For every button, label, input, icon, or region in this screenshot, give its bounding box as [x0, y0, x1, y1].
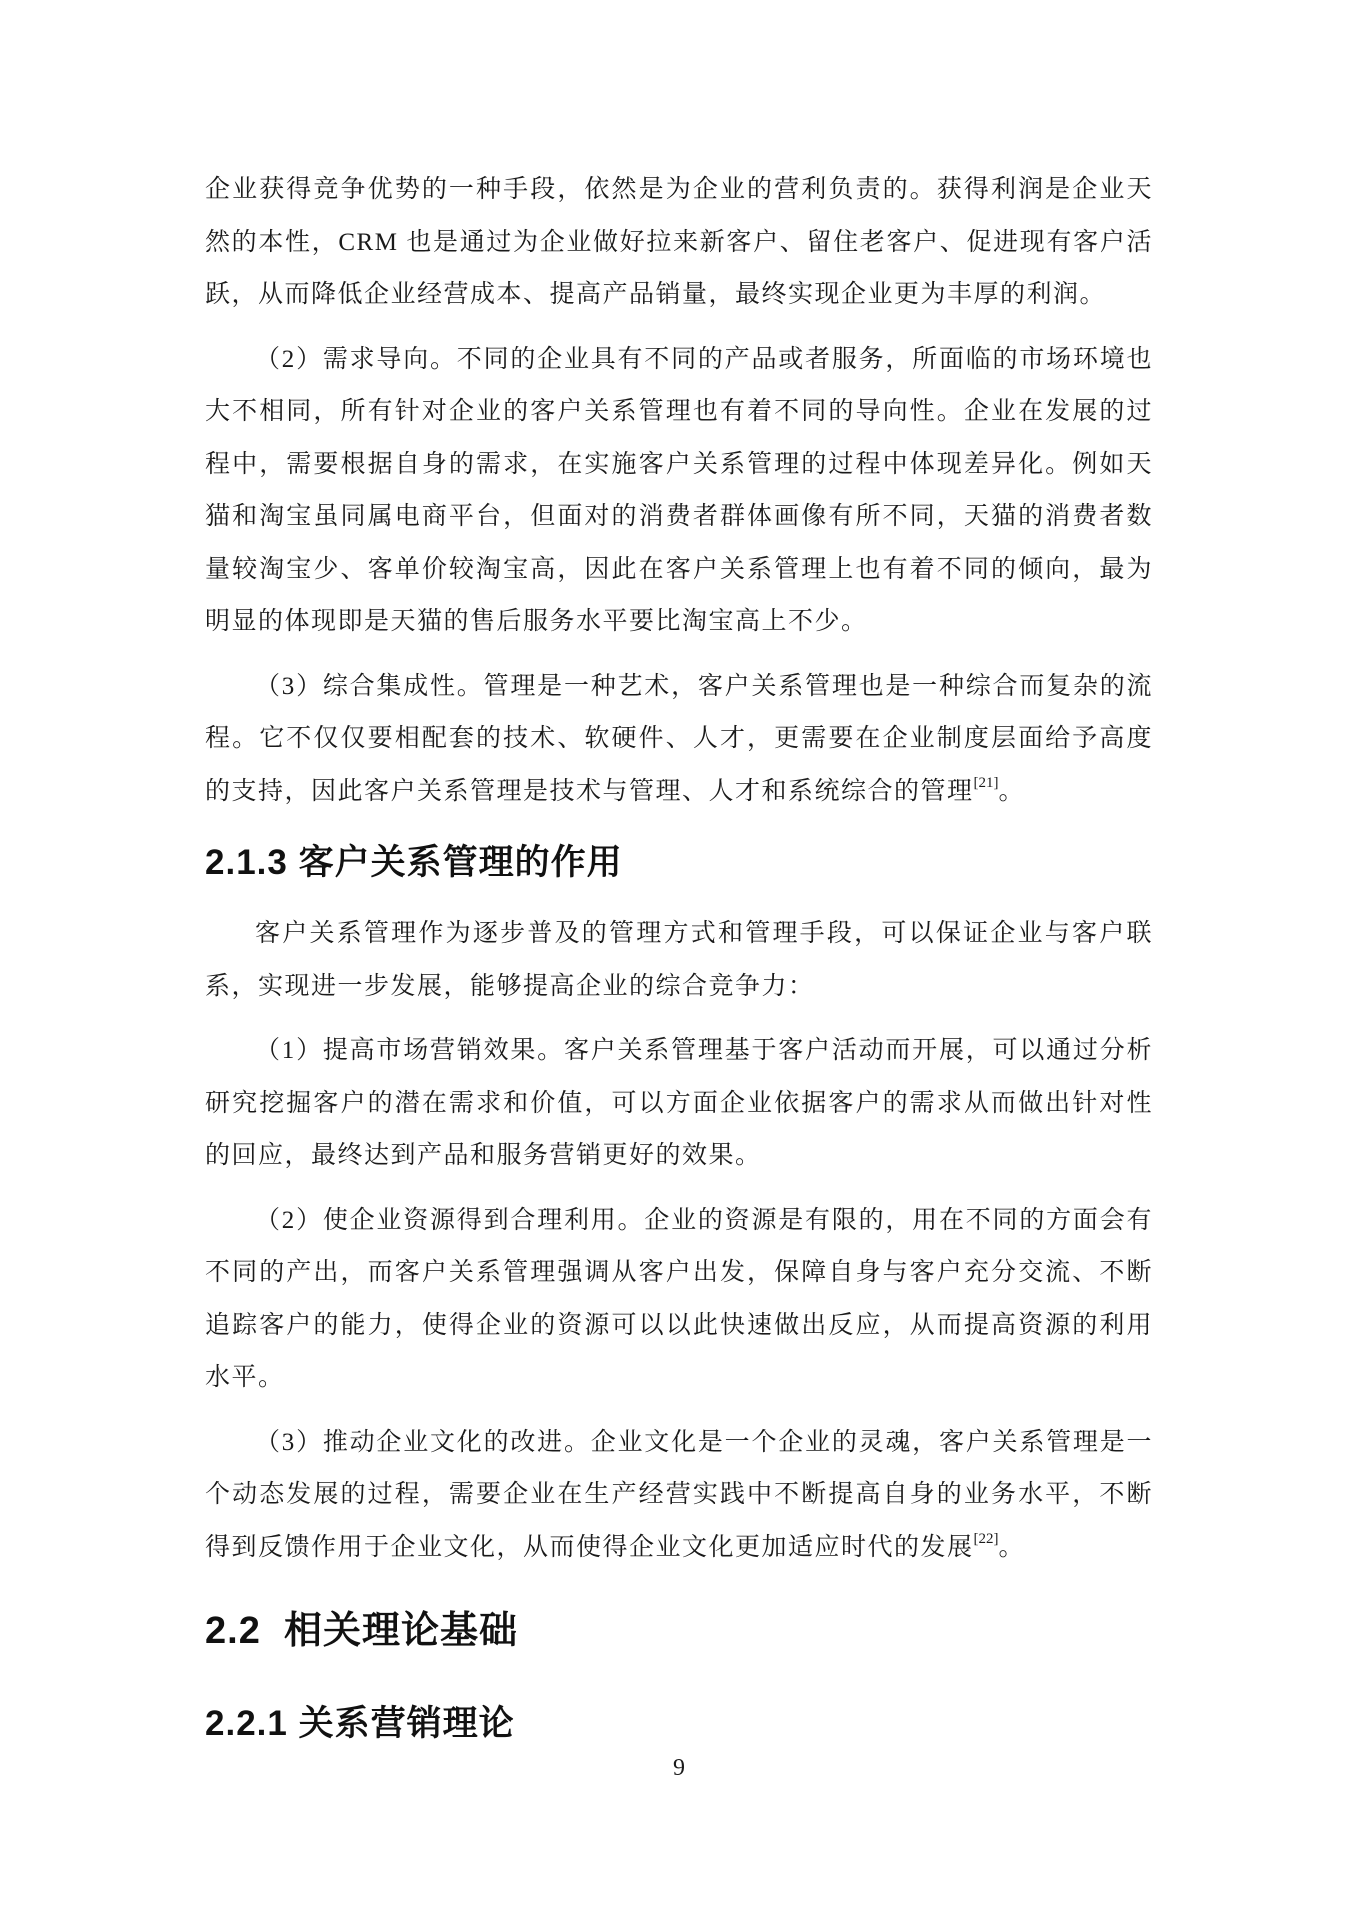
paragraph-role-intro: 客户关系管理作为逐步普及的管理方式和管理手段，可以保证企业与客户联系，实现进一步… [205, 908, 1153, 1013]
document-page: 企业获得竞争优势的一种手段，依然是为企业的营利负责的。获得利润是企业天然的本性，… [0, 0, 1358, 1920]
page-body: 企业获得竞争优势的一种手段，依然是为企业的营利负责的。获得利润是企业天然的本性，… [0, 0, 1358, 1747]
citation-ref-21: [21] [974, 775, 999, 791]
citation-ref-22: [22] [974, 1531, 999, 1547]
paragraph-integration: （3）综合集成性。管理是一种艺术，客户关系管理也是一种综合而复杂的流程。它不仅仅… [205, 661, 1153, 819]
paragraph-crm-profit: 企业获得竞争优势的一种手段，依然是为企业的营利负责的。获得利润是企业天然的本性，… [205, 164, 1153, 322]
paragraph-effect-culture: （3）推动企业文化的改进。企业文化是一个企业的灵魂，客户关系管理是一个动态发展的… [205, 1417, 1153, 1575]
paragraph-text: 。 [999, 1534, 1026, 1561]
paragraph-effect-marketing: （1）提高市场营销效果。客户关系管理基于客户活动而开展，可以通过分析研究挖掘客户… [205, 1025, 1153, 1183]
heading-2-2-theory-basis: 2.2 相关理论基础 [205, 1606, 1153, 1656]
paragraph-text: 。 [999, 778, 1026, 805]
paragraph-effect-resources: （2）使企业资源得到合理利用。企业的资源是有限的，用在不同的方面会有不同的产出，… [205, 1195, 1153, 1405]
heading-2-2-1-relationship-marketing: 2.2.1 关系营销理论 [205, 1701, 1153, 1747]
heading-2-1-3-role-of-crm: 2.1.3 客户关系管理的作用 [205, 840, 1153, 886]
paragraph-demand-orientation: （2）需求导向。不同的企业具有不同的产品或者服务，所面临的市场环境也大不相同，所… [205, 334, 1153, 649]
page-number: 9 [0, 1753, 1358, 1783]
